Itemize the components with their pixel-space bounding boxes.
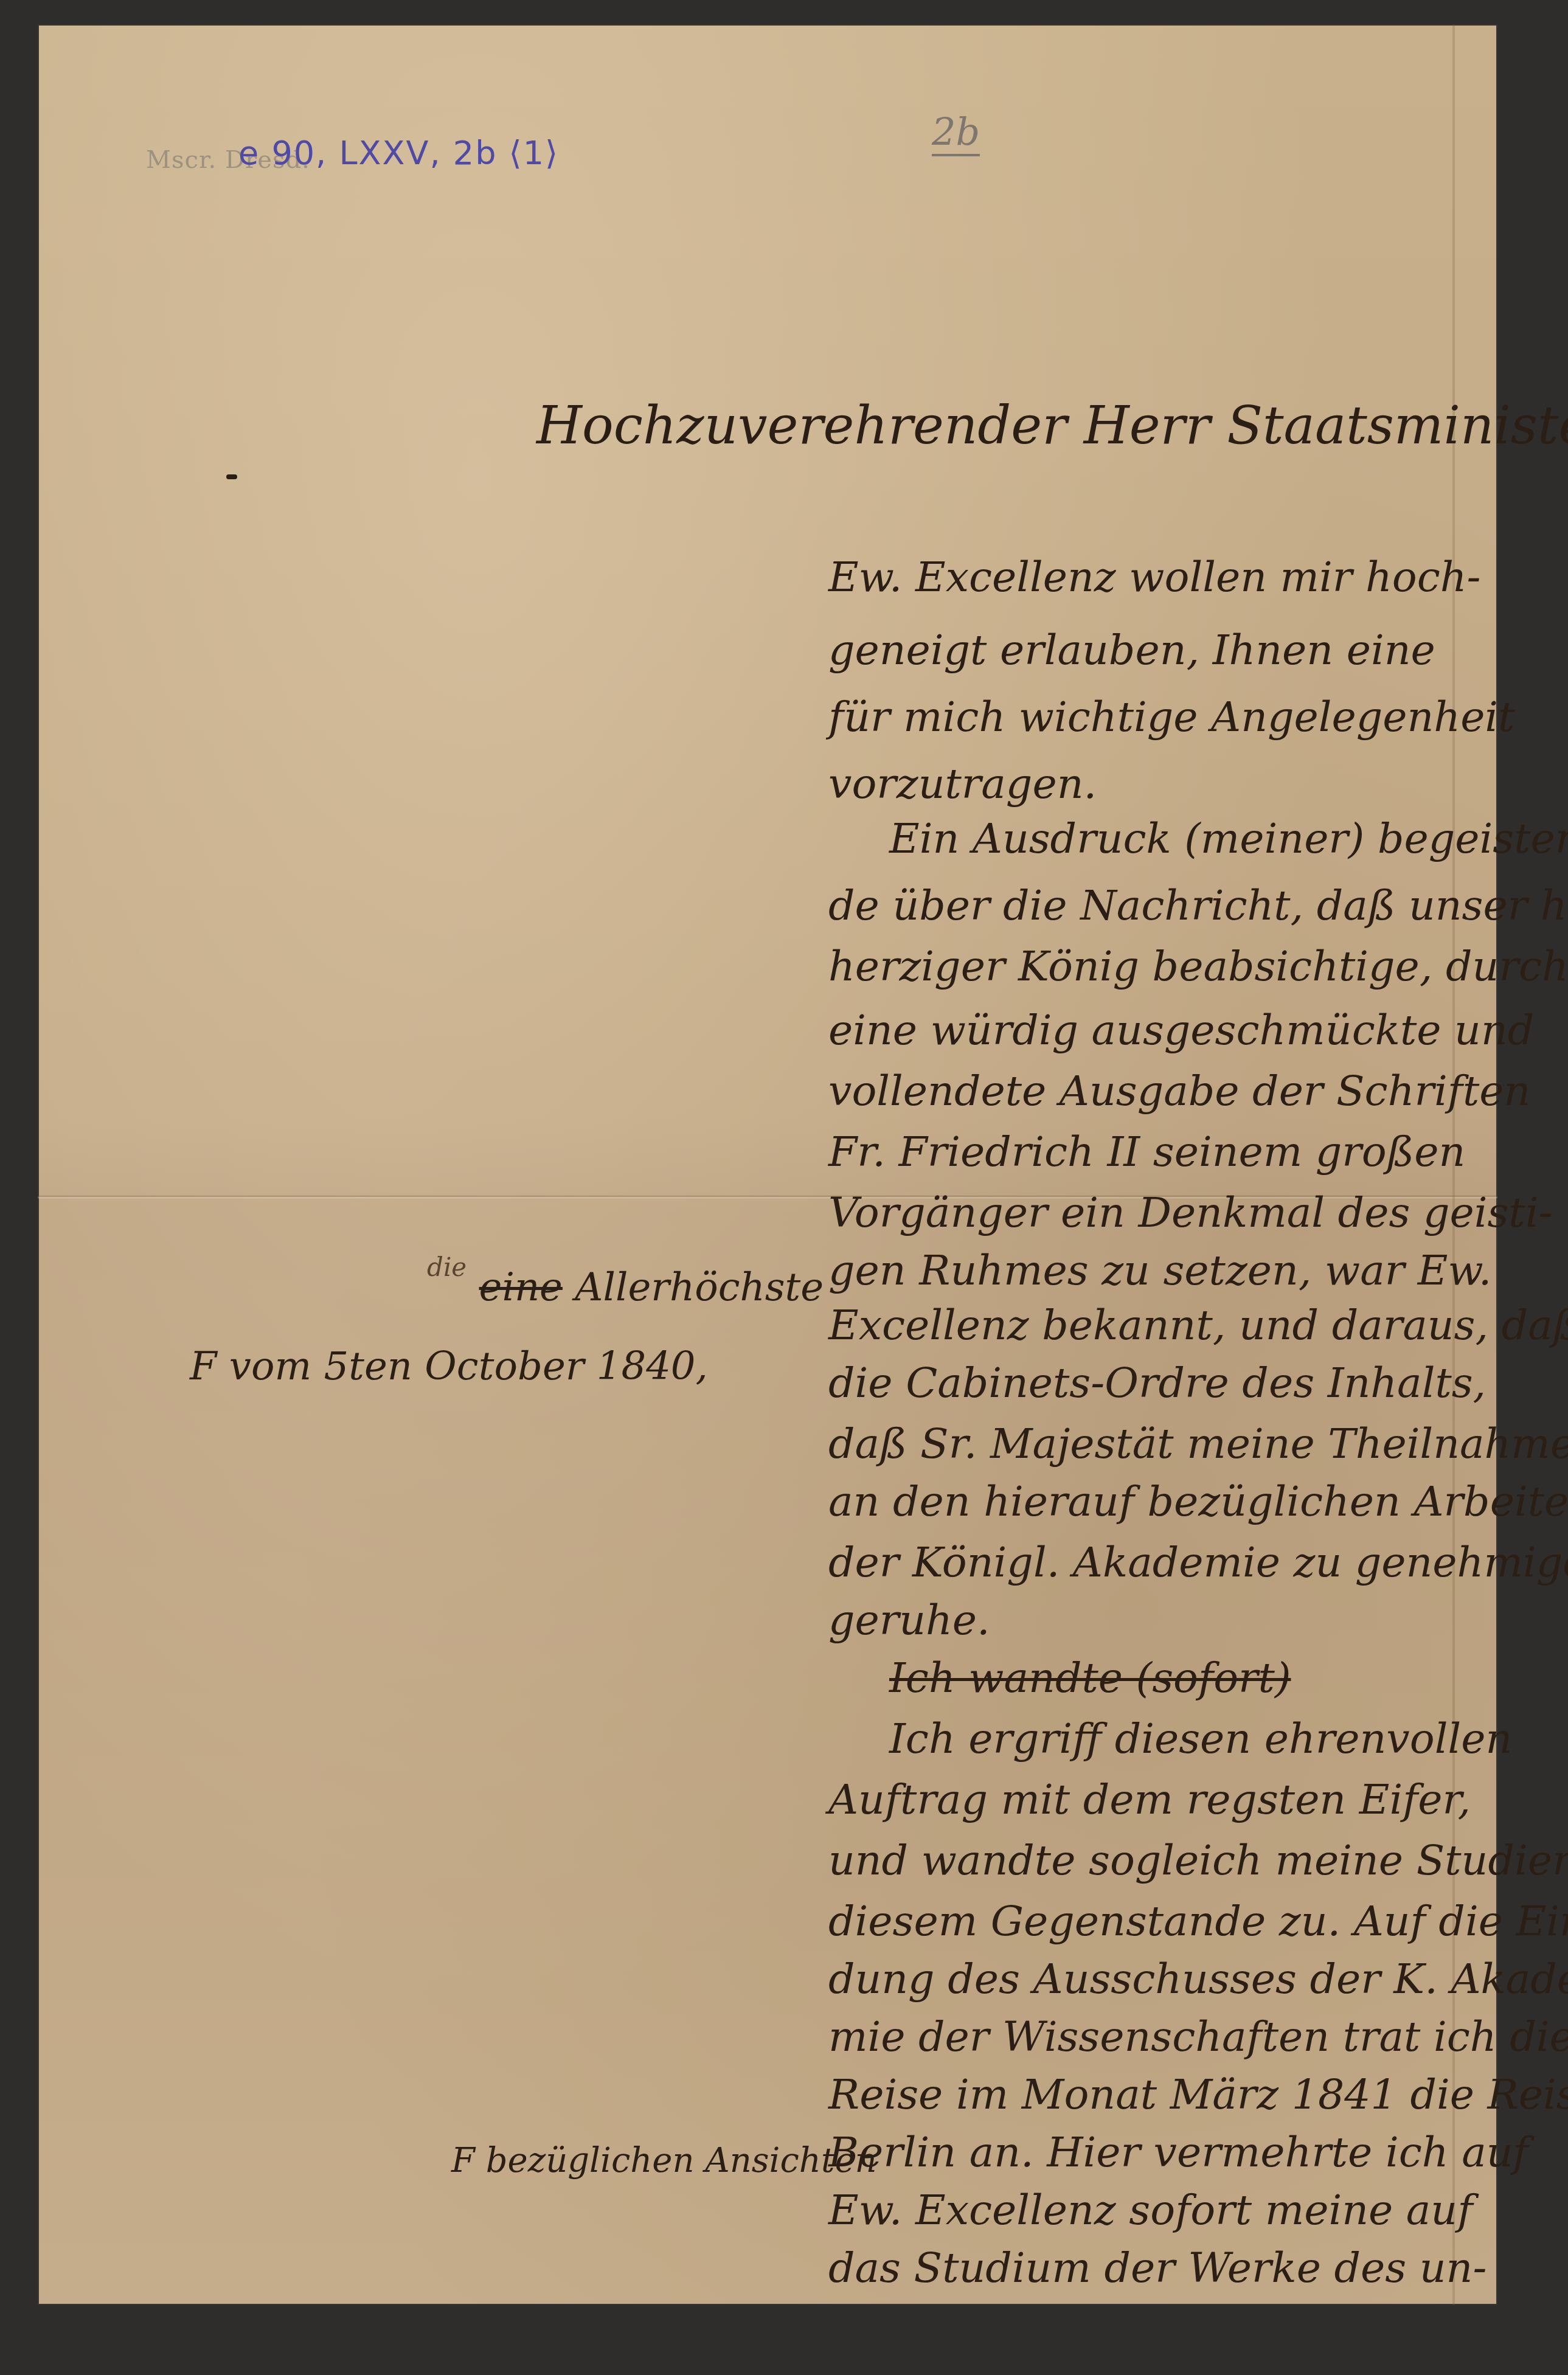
margin-note-text: Allerhöchste [575, 1265, 824, 1310]
body-line: geruhe. [828, 1597, 990, 1645]
body-line: Reise im Monat März 1841 die Reise nach [828, 2071, 1568, 2119]
body-line: Ew. Excellenz wollen mir hoch- [828, 553, 1481, 602]
body-line: vorzutragen. [828, 760, 1097, 808]
shelfmark: e 90, LXXV, 2b ⟨1⟩ [238, 134, 559, 172]
body-line: Ich ergriff diesen ehrenvollen [889, 1715, 1512, 1763]
margin-note-allerhoechste: die eine Allerhöchste [427, 1265, 824, 1310]
body-line: Fr. Friedrich II seinem großen [828, 1128, 1465, 1176]
body-line: geneigt erlauben, Ihnen eine [828, 626, 1435, 674]
body-line: an den hierauf bezüglichen Arbeiten [828, 1478, 1568, 1526]
body-line: der Königl. Akademie zu genehmigen [828, 1539, 1568, 1587]
body-line: dung des Ausschusses der K. Akade- [828, 1955, 1568, 2003]
struck-word: eine [479, 1265, 563, 1310]
body-line: vollendete Ausgabe der Schriften [828, 1067, 1530, 1115]
body-line: herziger König beabsichtige, durch [828, 943, 1568, 991]
body-line: diesem Gegenstande zu. Auf die Einla- [828, 1898, 1568, 1946]
margin-note-ansichten: F bezüglichen Ansichten [451, 2141, 877, 2180]
body-line: für mich wichtige Angelegenheit [828, 693, 1514, 741]
body-line: de über die Nachricht, daß unser hoch- [828, 882, 1568, 930]
body-line-struck: Ich wandte (sofort) [889, 1654, 1291, 1702]
body-line: mie der Wissenschaften trat ich die [828, 2013, 1568, 2061]
margin-note-date: F vom 5ten October 1840, [190, 1344, 708, 1389]
body-line: und wandte sogleich meine Studien [828, 1837, 1568, 1885]
salutation: Hochzuverehrender Herr Staatsminister! [536, 395, 1568, 456]
body-line: Ew. Excellenz sofort meine auf [828, 2186, 1473, 2235]
manuscript-page: Mscr. Dresd. e 90, LXXV, 2b ⟨1⟩ 2b Hochz… [38, 24, 1497, 2305]
body-line: Excellenz bekannt, und daraus, daß [828, 1302, 1568, 1350]
folio-number-text: 2b [932, 109, 980, 156]
body-line: die Cabinets-Ordre des Inhalts, [828, 1359, 1486, 1407]
body-line: eine würdig ausgeschmückte und [828, 1007, 1534, 1055]
body-line: daß Sr. Majestät meine Theilnahme [828, 1420, 1568, 1468]
body-line: das Studium der Werke des un- [828, 2244, 1486, 2292]
body-line: Berlin an. Hier vermehrte ich auf [828, 2129, 1528, 2177]
body-line: gen Ruhmes zu setzen, war Ew. [828, 1247, 1491, 1295]
body-line: Vorgänger ein Denkmal des geisti- [828, 1189, 1552, 1237]
body-line: Auftrag mit dem regsten Eifer, [828, 1776, 1471, 1824]
folio-number: 2b [932, 109, 980, 154]
ink-mark [226, 474, 237, 479]
insertion: die [427, 1252, 467, 1282]
body-line: Ein Ausdruck (meiner) begeisterten Freu- [889, 815, 1568, 863]
